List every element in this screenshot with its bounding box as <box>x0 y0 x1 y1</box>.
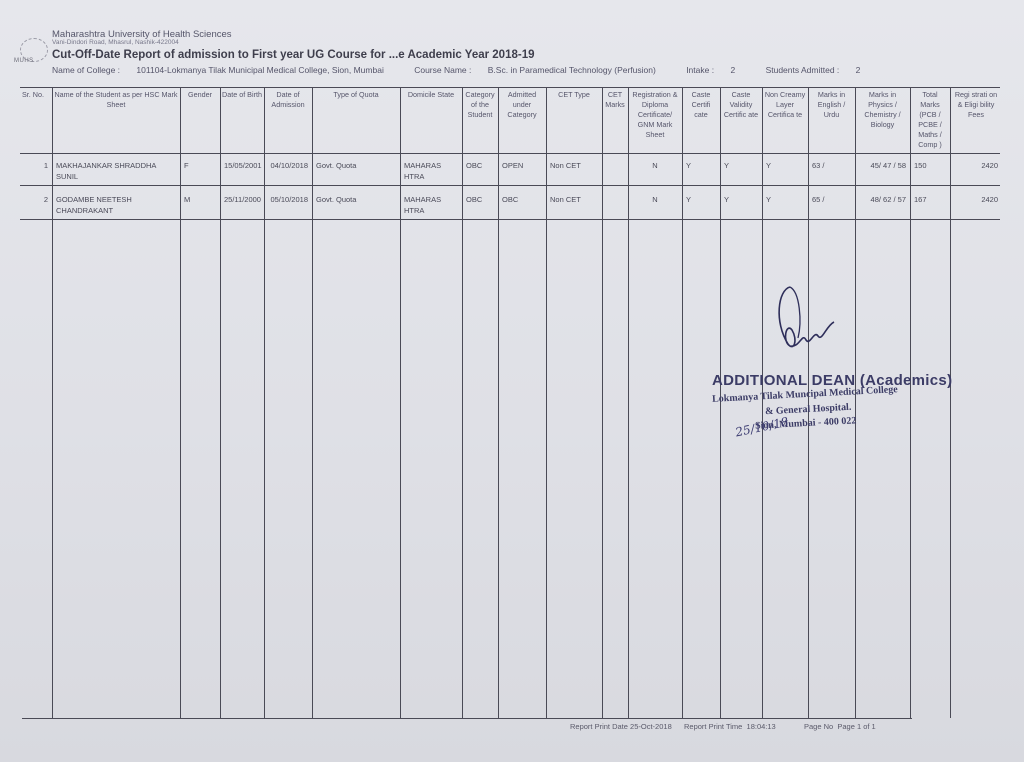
table-cell: OBC <box>466 194 494 205</box>
table-cell: 1 <box>24 160 48 171</box>
column-rule <box>602 87 603 718</box>
print-time-value: 18:04:13 <box>747 722 776 731</box>
column-rule <box>950 87 951 718</box>
column-header: Marks in Physics / Chemistry / Biology <box>857 90 908 130</box>
table-cell: F <box>184 160 216 171</box>
table-cell: MAHARAS HTRA <box>404 160 458 182</box>
table-cell: 48/ 62 / 57 <box>859 194 906 205</box>
column-rule <box>462 87 463 718</box>
column-header: Type of Quota <box>314 90 398 100</box>
column-header: Total Marks (PCB / PCBE / Maths / Comp ) <box>912 90 948 150</box>
column-rule <box>762 87 763 718</box>
table-cell: N <box>632 160 678 171</box>
table-cell: 2 <box>24 194 48 205</box>
table-cell: Non CET <box>550 160 598 171</box>
print-time-label: Report Print Time <box>684 722 742 731</box>
column-header: Category of the Student <box>464 90 496 120</box>
column-header: CET Type <box>548 90 600 100</box>
column-header: Gender <box>182 90 218 100</box>
column-rule <box>400 87 401 718</box>
column-rule <box>910 87 911 718</box>
table-cell: Y <box>766 160 804 171</box>
print-date-label: Report Print Date <box>570 722 628 731</box>
table-cell: Y <box>686 194 716 205</box>
table-cell: GODAMBE NEETESH CHANDRAKANT <box>56 194 176 216</box>
table-cell: 04/10/2018 <box>268 160 308 171</box>
column-header: Caste Validity Certific ate <box>722 90 760 120</box>
print-date-value: 25-Oct-2018 <box>630 722 672 731</box>
table-cell: Y <box>724 194 758 205</box>
table-cell: 150 <box>914 160 946 171</box>
table-cell: 25/11/2000 <box>224 194 260 205</box>
column-header: Caste Certifi cate <box>684 90 718 120</box>
column-header: Domicile State <box>402 90 460 100</box>
table-cell: Non CET <box>550 194 598 205</box>
print-date: Report Print Date 25-Oct-2018 <box>570 722 672 731</box>
column-rule <box>220 87 221 718</box>
table-cell: N <box>632 194 678 205</box>
table-cell: OBC <box>466 160 494 171</box>
column-rule <box>180 87 181 718</box>
table-cell: 45/ 47 / 58 <box>859 160 906 171</box>
table-cell: 167 <box>914 194 946 205</box>
column-rule <box>808 87 809 718</box>
column-header: Regi strati on & Eligi bility Fees <box>952 90 1000 120</box>
column-header: Sr. No. <box>22 90 50 100</box>
table-rule <box>22 718 912 719</box>
column-rule <box>855 87 856 718</box>
column-header: Registration & Diploma Certificate/ GNM … <box>630 90 680 140</box>
table-cell: M <box>184 194 216 205</box>
page-value: Page 1 of 1 <box>837 722 875 731</box>
table-cell: 65 / <box>812 194 851 205</box>
column-rule <box>628 87 629 718</box>
table-cell: 15/05/2001 <box>224 160 260 171</box>
table-cell: 2420 <box>954 160 998 171</box>
table-cell: MAHARAS HTRA <box>404 194 458 216</box>
column-rule <box>264 87 265 718</box>
column-header: Non Creamy Layer Certifica te <box>764 90 806 120</box>
column-header: Marks in English / Urdu <box>810 90 853 120</box>
column-rule <box>52 87 53 718</box>
table-cell: Govt. Quota <box>316 160 396 171</box>
page-label: Page No <box>804 722 833 731</box>
table-cell: OBC <box>502 194 542 205</box>
table-rule <box>20 153 1000 154</box>
column-header: CET Marks <box>604 90 626 110</box>
column-rule <box>546 87 547 718</box>
column-rule <box>312 87 313 718</box>
table-cell: 2420 <box>954 194 998 205</box>
column-header: Admitted under Category <box>500 90 544 120</box>
table-cell: Y <box>724 160 758 171</box>
column-rule <box>498 87 499 718</box>
table-cell: 63 / <box>812 160 851 171</box>
table-cell: MAKHAJANKAR SHRADDHA SUNIL <box>56 160 176 182</box>
column-header: Date of Admission <box>266 90 310 110</box>
table-cell: Y <box>686 160 716 171</box>
page-number: Page No Page 1 of 1 <box>804 722 876 731</box>
table-cell: Govt. Quota <box>316 194 396 205</box>
column-header: Name of the Student as per HSC Mark Shee… <box>54 90 178 110</box>
table-rule <box>20 219 1000 220</box>
column-rule <box>682 87 683 718</box>
table-cell: OPEN <box>502 160 542 171</box>
table-cell: 05/10/2018 <box>268 194 308 205</box>
column-header: Date of Birth <box>222 90 262 100</box>
stamp-title: ADDITIONAL DEAN (Academics) <box>712 372 952 389</box>
table-rule <box>20 87 1000 88</box>
table-cell: Y <box>766 194 804 205</box>
signature-icon <box>760 282 850 362</box>
table-rule <box>20 185 1000 186</box>
print-time: Report Print Time 18:04:13 <box>684 722 776 731</box>
